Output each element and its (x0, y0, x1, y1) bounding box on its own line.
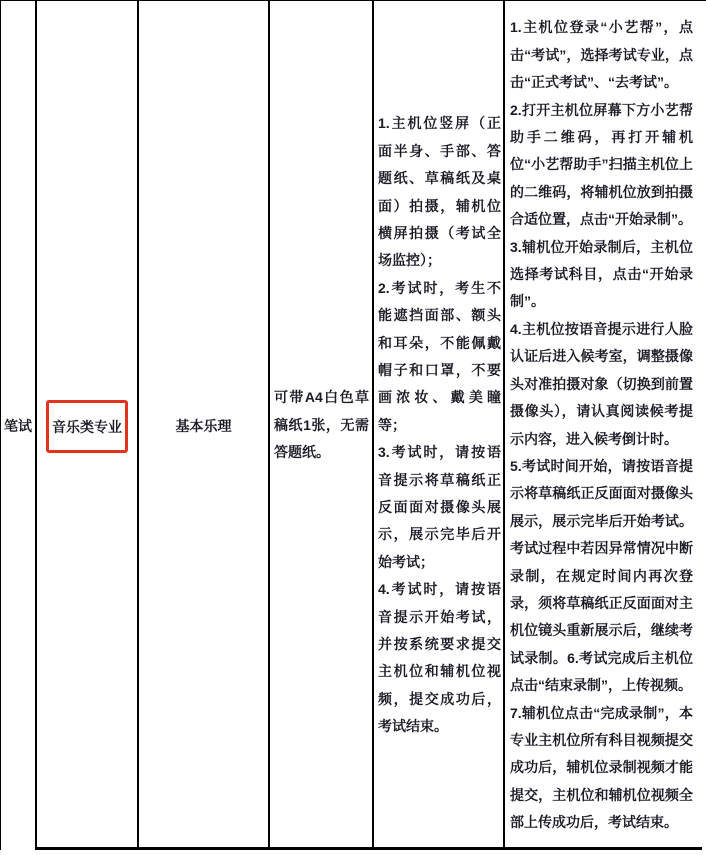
cell-subject: 基本乐理 (137, 1, 268, 850)
exam-type-label: 笔试 (4, 416, 32, 436)
cell-procedure: 1.主机位登录“小艺帮”，点击“考试”，选择考试专业，点击“正式考试”、“去考试… (503, 1, 706, 850)
document-page: 笔试 音乐类专业 基本乐理 可带A4白色草稿纸1张，无需答题纸。 1.主机位竖屏… (0, 0, 706, 855)
cell-materials: 可带A4白色草稿纸1张，无需答题纸。 (268, 1, 372, 850)
filming-requirements-text: 1.主机位竖屏（正面半身、手部、答题纸、草稿纸及桌面）拍摄，辅机位横屏拍摄（考试… (378, 110, 501, 740)
cell-filming-requirements: 1.主机位竖屏（正面半身、手部、答题纸、草稿纸及桌面）拍摄，辅机位横屏拍摄（考试… (372, 1, 503, 850)
cell-major: 音乐类专业 (35, 1, 137, 850)
highlight-box: 音乐类专业 (46, 400, 128, 453)
cell-exam-type: 笔试 (0, 1, 35, 850)
procedure-text: 1.主机位登录“小艺帮”，点击“考试”，选择考试专业，点击“正式考试”、“去考试… (510, 14, 693, 836)
subject-label: 基本乐理 (176, 416, 232, 436)
major-label: 音乐类专业 (52, 417, 122, 437)
exam-info-table-row: 笔试 音乐类专业 基本乐理 可带A4白色草稿纸1张，无需答题纸。 1.主机位竖屏… (0, 0, 706, 849)
materials-text: 可带A4白色草稿纸1张，无需答题纸。 (274, 384, 369, 466)
table-bottom-border (35, 847, 702, 850)
